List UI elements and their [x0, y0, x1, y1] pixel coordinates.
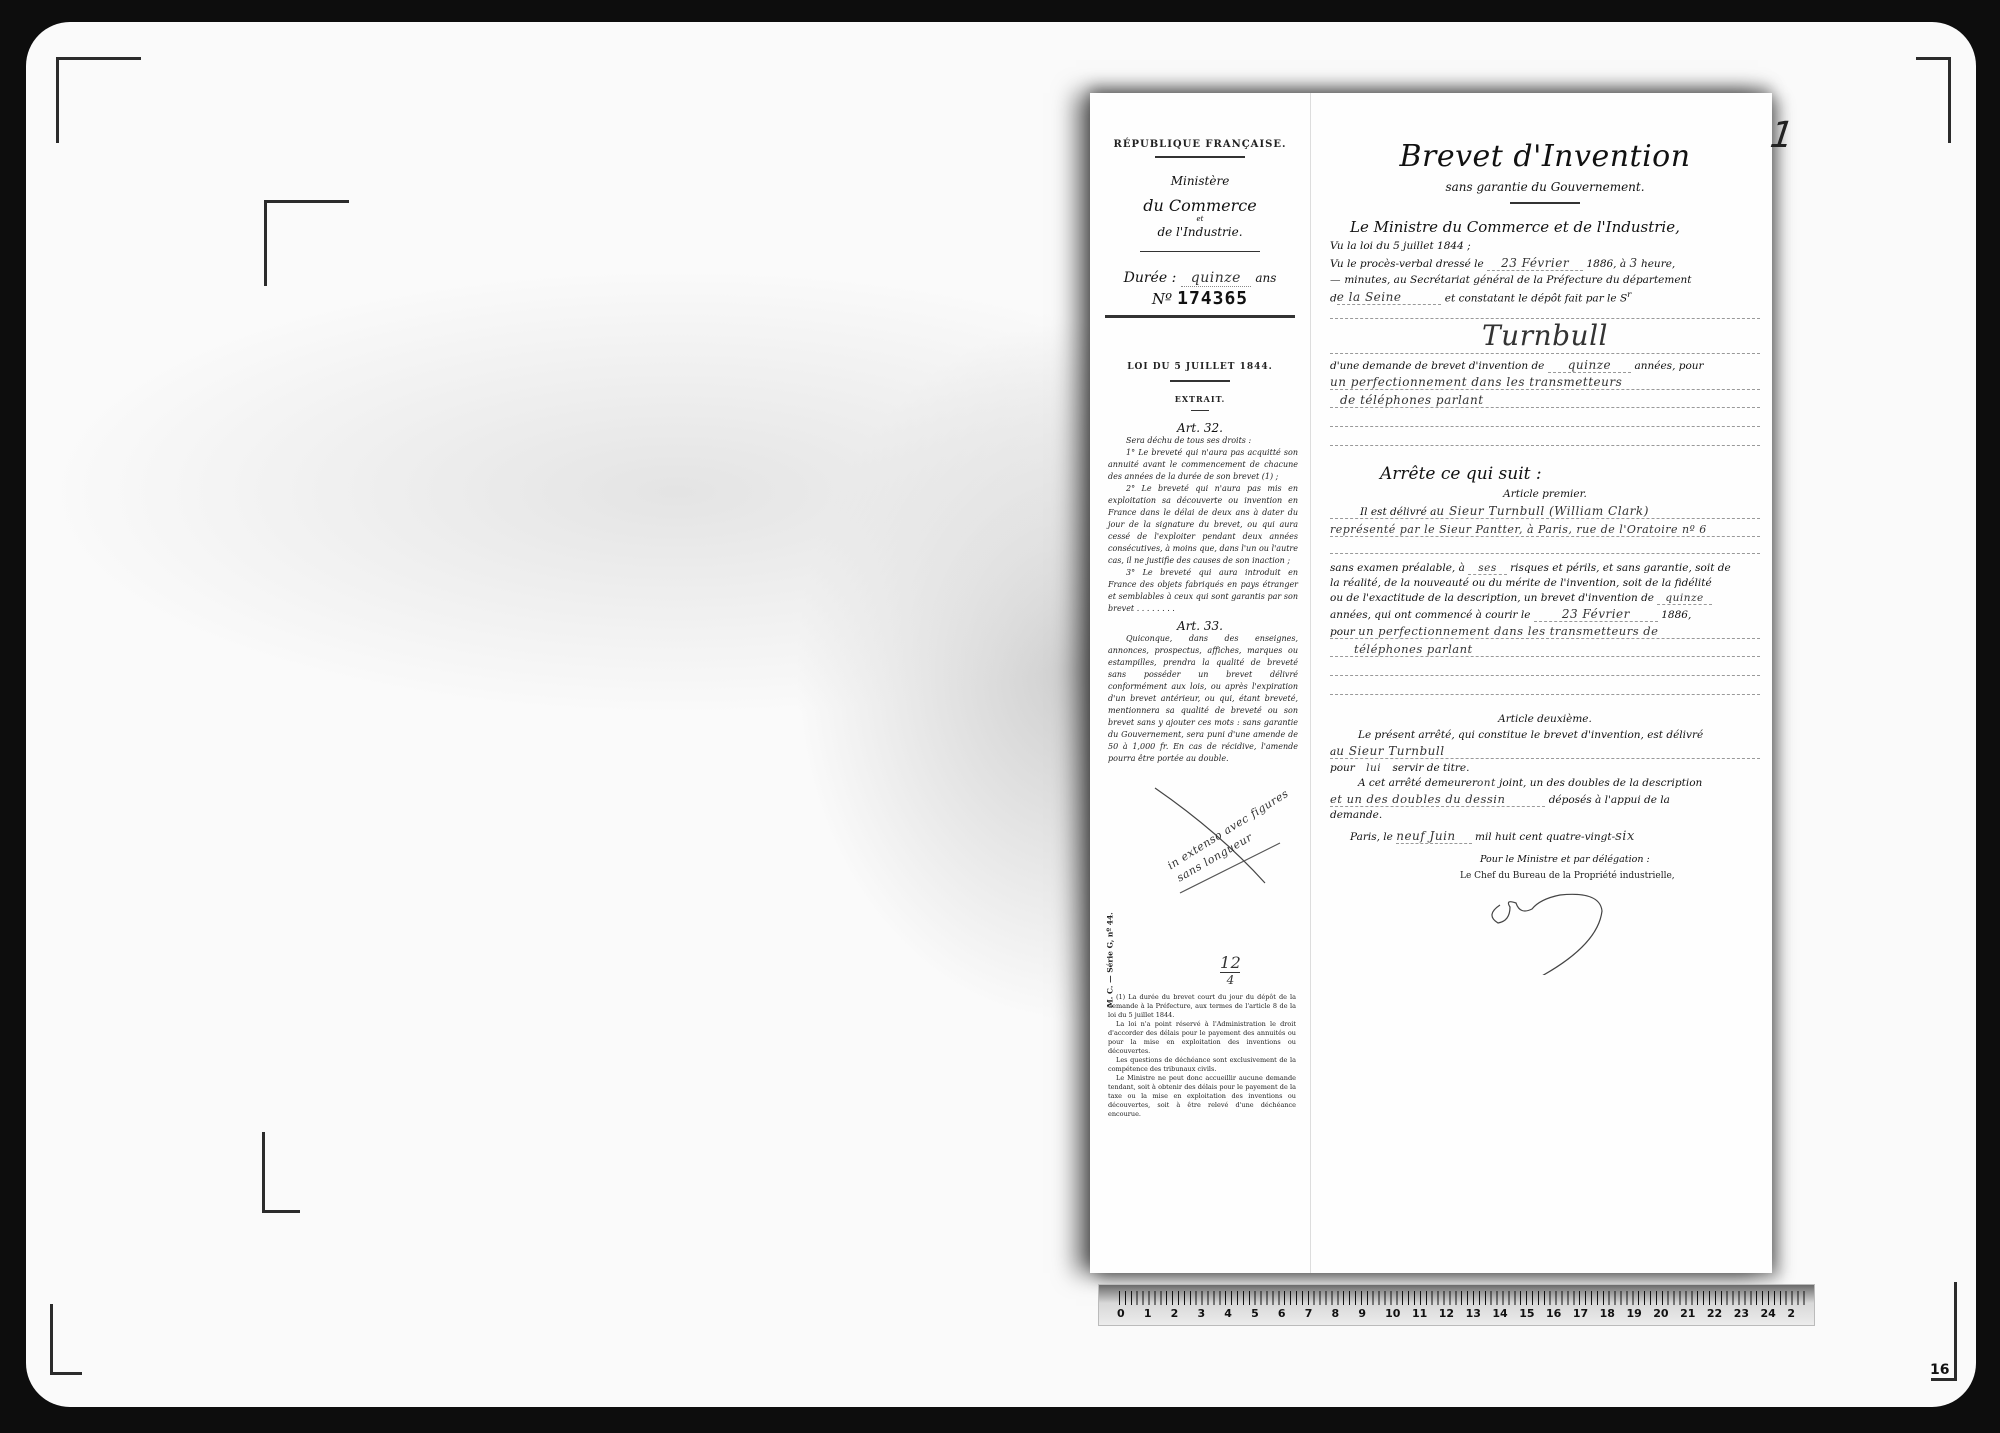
article-1-object-line-1: pour un perfectionnement dans les transm…: [1330, 624, 1760, 639]
ruler-label: 8: [1332, 1307, 1359, 1321]
applicant-name: Turnbull: [1330, 319, 1760, 354]
article-1-prefix: Il est délivré a: [1360, 506, 1436, 518]
article-1-para-3: ou de l'exactitude de la description, un…: [1330, 592, 1760, 604]
handwritten-annotation: in extenso avec figures sans longueur: [1150, 783, 1290, 903]
minister-heading: Le Ministre du Commerce et de l'Industri…: [1330, 218, 1760, 236]
duration-unit: ans: [1255, 271, 1276, 285]
measurement-ruler: 0 1 2 3 4 5 6 7 8 9 10 11 12 13 14 15 16…: [1098, 1284, 1815, 1326]
ruler-label: 0: [1117, 1307, 1144, 1321]
article-2-deposes: déposés à l'appui de la: [1549, 794, 1670, 806]
article-1-title: Article premier.: [1330, 488, 1760, 500]
extract-heading: EXTRAIT.: [1090, 394, 1310, 404]
article-1-para-2: la réalité, de la nouveauté ou du mérite…: [1330, 577, 1760, 589]
constatant-text: et constatant le dépôt fait par le S: [1445, 292, 1627, 304]
article-33-title: Art. 33.: [1090, 619, 1310, 633]
article-2-title: Article deuxième.: [1330, 713, 1760, 725]
ministry-line-2: du Commerce: [1090, 196, 1310, 215]
sheet-number: 16: [1930, 1362, 1949, 1378]
ruler-label: 2: [1787, 1307, 1814, 1321]
main-column: 1 Brevet d'Invention sans garantie du Go…: [1330, 93, 1760, 978]
minutes-line: — minutes, au Secrétariat général de la …: [1330, 274, 1760, 286]
ministry-line-1: Ministère: [1090, 174, 1310, 188]
ruler-label: 9: [1358, 1307, 1385, 1321]
number-label: Nº: [1152, 290, 1172, 308]
left-column: RÉPUBLIQUE FRANÇAISE. Ministère du Comme…: [1090, 93, 1311, 1273]
article-2-doubles-line: et un des doubles du dessin déposés à l'…: [1330, 792, 1760, 806]
article-2-demande: demande.: [1330, 809, 1760, 821]
chef-du-bureau: Le Chef du Bureau de la Propriété indust…: [1330, 871, 1760, 881]
article-2-lui: lui: [1358, 762, 1389, 774]
article-1-para-1: sans examen préalable, à ses risques et …: [1330, 562, 1760, 574]
dept-prefix: d: [1330, 292, 1337, 304]
ruler-label: 6: [1278, 1307, 1305, 1321]
document-subtitle: sans garantie du Gouvernement.: [1330, 180, 1760, 194]
article-1-recipient: u Sieur Turnbull (William Clark): [1436, 504, 1648, 518]
ruler-label: 19: [1626, 1307, 1653, 1321]
footnote-1: (1) La durée du brevet court du jour du …: [1108, 993, 1296, 1020]
divider: [1170, 380, 1230, 382]
series-code: M. C. — Série G, nº 44.: [1106, 888, 1115, 1008]
article-32-para-3: 3° Le breveté qui aura introduit en Fran…: [1108, 567, 1298, 615]
article-2-joint-suffix: joint, un des doubles de la description: [1499, 777, 1702, 789]
ministry-et: et: [1090, 215, 1310, 223]
ruler-label: 2: [1171, 1307, 1198, 1321]
margin-fraction: 12 4: [1220, 953, 1241, 987]
ruler-label: 5: [1251, 1307, 1278, 1321]
footnote-3: Les questions de déchéance sont exclusiv…: [1108, 1056, 1296, 1074]
blank-line: [1330, 537, 1760, 554]
article-2-servir: servir de titre.: [1393, 762, 1470, 774]
divider: [1105, 315, 1295, 318]
ruler-label: 20: [1653, 1307, 1680, 1321]
ruler-label: 18: [1600, 1307, 1627, 1321]
article-32-intro: Sera déchu de tous ses droits :: [1108, 435, 1298, 447]
article-1-p4-prefix: années, qui ont commencé à courir le: [1330, 609, 1531, 621]
issue-date-day: neuf Juin: [1396, 829, 1471, 844]
date-middle: mil huit cent quatre-vingt-: [1475, 831, 1615, 843]
ruler-label: 4: [1224, 1307, 1251, 1321]
duration-label: Durée :: [1124, 270, 1177, 286]
article-1-recipient-line: Il est délivré au Sieur Turnbull (Willia…: [1330, 504, 1760, 519]
signature-icon: [1480, 885, 1720, 975]
duration-row: Durée : quinze ans: [1090, 270, 1310, 286]
ruler-label: 14: [1492, 1307, 1519, 1321]
ruler-label: 22: [1707, 1307, 1734, 1321]
document-title: Brevet d'Invention: [1330, 139, 1760, 174]
article-33-text: Quiconque, dans des enseignes, annonces,…: [1108, 633, 1298, 765]
article-1-pour: pour: [1330, 626, 1355, 638]
ruler-label: 7: [1305, 1307, 1332, 1321]
article-2-joint-value: ont: [1477, 777, 1496, 789]
pour-le-ministre: Pour le Ministre et par délégation :: [1330, 854, 1760, 865]
ruler-label: 23: [1734, 1307, 1761, 1321]
demande-suffix: années, pour: [1634, 360, 1703, 372]
article-2-recipient: u Sieur Turnbull: [1336, 744, 1444, 758]
patent-number-row: Nº 174365: [1090, 288, 1310, 309]
article-32-para-2: 2° Le breveté qui n'aura pas mis en expl…: [1108, 483, 1298, 567]
article-1-object-1: un perfectionnement dans les transmetteu…: [1358, 624, 1658, 638]
ruler-ticks: [1119, 1291, 1806, 1305]
footnotes: (1) La durée du brevet court du jour du …: [1108, 993, 1296, 1119]
ruler-label: 13: [1466, 1307, 1493, 1321]
article-2-pour: pour: [1330, 762, 1355, 774]
ministry-line-3: de l'Industrie.: [1090, 225, 1310, 239]
article-1-object-line-2: téléphones parlant: [1330, 642, 1760, 657]
issue-date-year: six: [1615, 829, 1635, 844]
arrete-heading: Arrête ce qui suit :: [1330, 464, 1760, 484]
invention-object-line-2: de téléphones parlant: [1330, 393, 1760, 408]
patent-number: 174365: [1177, 288, 1248, 309]
minutes-value: —: [1330, 274, 1341, 286]
date-prefix: Paris, le: [1350, 831, 1393, 843]
footnote-2: La loi n'a point réservé à l'Administrat…: [1108, 1020, 1296, 1056]
ruler-label: 17: [1573, 1307, 1600, 1321]
issue-date-line: Paris, le neuf Juin mil huit cent quatre…: [1330, 829, 1760, 844]
divider: [1191, 410, 1209, 412]
article-1-start-year: 1886,: [1661, 609, 1691, 621]
vu-loi: Vu la loi du 5 juillet 1844 ;: [1330, 240, 1760, 252]
ruler-label: 12: [1439, 1307, 1466, 1321]
ruler-labels: 0 1 2 3 4 5 6 7 8 9 10 11 12 13 14 15 16…: [1117, 1307, 1814, 1321]
vu-pv-date: 23 Février: [1487, 256, 1583, 271]
article-32-title: Art. 32.: [1090, 421, 1310, 435]
article-1-p3-prefix: ou de l'exactitude de la description, un…: [1330, 592, 1654, 604]
department-value: e la Seine: [1337, 290, 1442, 305]
article-1-p1-prefix: sans examen préalable, à: [1330, 562, 1465, 574]
ruler-label: 21: [1680, 1307, 1707, 1321]
blank-line: [1330, 427, 1760, 446]
article-1-p1-suffix: risques et périls, et sans garantie, soi…: [1510, 562, 1731, 574]
vu-pv-label: Vu le procès-verbal dressé le: [1330, 258, 1484, 270]
article-1-start-date: 23 Février: [1534, 607, 1658, 622]
article-2-recipient-line: au Sieur Turnbull: [1330, 744, 1760, 759]
blank-line: [1330, 304, 1760, 319]
article-1-ses: ses: [1468, 562, 1507, 575]
article-2-joint-prefix: A cet arrêté demeurer: [1358, 777, 1477, 789]
republic-heading: RÉPUBLIQUE FRANÇAISE.: [1090, 139, 1310, 150]
article-32-para-1: 1° Le breveté qui n'aura pas acquitté so…: [1108, 447, 1298, 483]
vu-pv-year: 1886, à: [1586, 258, 1626, 270]
footnote-4: Le Ministre ne peut donc accueillir aucu…: [1108, 1074, 1296, 1119]
vu-pv-hour: 3: [1629, 256, 1637, 270]
demande-years: quinze: [1548, 358, 1631, 373]
ruler-label: 1: [1144, 1307, 1171, 1321]
demande-line: d'une demande de brevet d'invention de q…: [1330, 358, 1760, 372]
duration-value: quinze: [1181, 270, 1251, 287]
fraction-top: 12: [1220, 953, 1241, 972]
article-1-para-4: années, qui ont commencé à courir le 23 …: [1330, 607, 1760, 621]
minutes-text: minutes, au Secrétariat général de la Pr…: [1344, 274, 1691, 286]
constatant-suffix: r: [1627, 290, 1631, 300]
article-2-titre-line: pour lui servir de titre.: [1330, 762, 1760, 774]
ruler-label: 10: [1385, 1307, 1412, 1321]
blank-line: [1330, 408, 1760, 427]
blank-line: [1330, 657, 1760, 676]
article-1-representative: représenté par le Sieur Pantter, à Paris…: [1330, 523, 1760, 537]
invention-object-line-1: un perfectionnement dans les transmetteu…: [1330, 375, 1760, 390]
department-line: de la Seine et constatant le dépôt fait …: [1330, 290, 1760, 305]
divider: [1155, 156, 1245, 158]
ruler-label: 15: [1519, 1307, 1546, 1321]
ruler-label: 11: [1412, 1307, 1439, 1321]
ruler-label: 24: [1761, 1307, 1788, 1321]
vu-proces-verbal: Vu le procès-verbal dressé le 23 Février…: [1330, 256, 1760, 270]
article-2-para-1: Le présent arrêté, qui constitue le brev…: [1330, 729, 1760, 741]
article-2-joint-line: A cet arrêté demeureront joint, un des d…: [1330, 777, 1760, 789]
vu-pv-hour-label: heure,: [1641, 258, 1675, 270]
divider: [1510, 202, 1580, 204]
ruler-label: 3: [1197, 1307, 1224, 1321]
law-title: LOI DU 5 JUILLET 1844.: [1090, 362, 1310, 372]
divider: [1140, 251, 1260, 253]
fraction-bottom: 4: [1220, 973, 1241, 987]
article-1-years: quinze: [1657, 592, 1711, 605]
ruler-label: 16: [1546, 1307, 1573, 1321]
article-2-doubles: et un des doubles du dessin: [1330, 792, 1545, 807]
blank-line: [1330, 676, 1760, 695]
demande-label: d'une demande de brevet d'invention de: [1330, 360, 1544, 372]
patent-document: RÉPUBLIQUE FRANÇAISE. Ministère du Comme…: [1090, 93, 1772, 1273]
